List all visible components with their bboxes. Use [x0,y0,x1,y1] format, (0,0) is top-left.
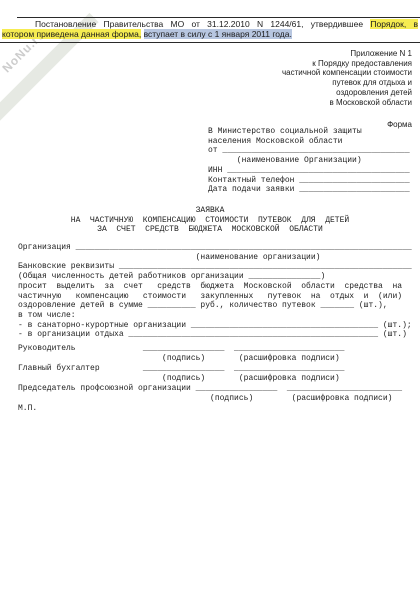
line-request-2: частичную компенсацию стоимости закуплен… [18,292,412,302]
appendix-line: частичной компенсации стоимости [282,68,412,78]
appendix-line: путевок для отдыха и [282,78,412,88]
title-line-1: ЗАЯВКА [0,206,420,216]
ministry-inn-field: ИНН ____________________________________… [208,166,410,176]
title-line-3: ЗА СЧЕТ СРЕДСТВ БЮДЖЕТА МОСКОВСКОЙ ОБЛАС… [0,225,420,235]
note-text: Постановление Правительства МО от 31.12.… [35,19,363,29]
ministry-phone-field: Контактный телефон _____________________… [208,176,410,186]
appendix-line: Приложение N 1 [282,49,412,59]
appendix-block: Приложение N 1 к Порядку предоставления … [282,49,412,130]
sig-accountant: Главный бухгалтер _________________ ____… [18,364,402,374]
line-organization-caption: (наименование организации) [18,253,412,263]
sig-captions-3: (подпись) (расшифровка подписи) [18,394,402,404]
note-line-1: Постановление Правительства МО от 31.12.… [2,19,418,29]
note-highlight-yellow-1: Порядок, в [370,19,418,29]
ministry-line: В Министерство социальной защиты [208,127,410,137]
header-bottom-rule [0,42,420,43]
header-top-rule [17,17,420,18]
ministry-address-block: В Министерство социальной защиты населен… [208,127,410,195]
sig-director: Руководитель _________________ _________… [18,344,402,354]
document-page: NoNu.ru Постановление Правительства МО о… [0,0,420,600]
appendix-line: к Порядку предоставления [282,59,412,69]
document-title: ЗАЯВКА НА ЧАСТИЧНУЮ КОМПЕНСАЦИЮ СТОИМОСТ… [0,206,420,235]
sig-captions-2: (подпись) (расшифровка подписи) [18,374,402,384]
line-request-3: оздоровление детей в сумме __________ ру… [18,301,412,311]
signatures-block: Руководитель _________________ _________… [18,344,402,414]
ministry-date-field: Дата подачи заявки _____________________… [208,185,410,195]
line-recreation: - в организации отдыха _________________… [18,330,412,340]
appendix-line: в Московской области [282,98,412,108]
sig-union-chair: Председатель профсоюзной организации ___… [18,384,402,394]
line-sanatorium: - в санаторно-курортные организации ____… [18,321,412,331]
line-including: в том числе: [18,311,412,321]
line-children-count: (Общая численность детей работников орга… [18,272,412,282]
sig-captions-1: (подпись) (расшифровка подписи) [18,354,402,364]
appendix-line: оздоровления детей [282,88,412,98]
line-bank-details: Банковские реквизиты ___________________… [18,262,412,272]
stamp-mp: М.П. [18,404,402,414]
ministry-line: населения Московской области [208,137,410,147]
line-organization: Организация ____________________________… [18,243,412,253]
note-highlight-yellow-2: котором приведена данная форма, [2,29,141,39]
line-request-1: просит выделить за счет средств бюджета … [18,282,412,292]
title-line-2: НА ЧАСТИЧНУЮ КОМПЕНСАЦИЮ СТОИМОСТИ ПУТЕВ… [0,216,420,226]
note-highlight-blue: вступает в силу с 1 января 2011 года. [144,29,292,39]
ministry-org-caption: (наименование Организации) [208,156,410,166]
note-line-2: котором приведена данная форма, вступает… [2,29,418,39]
form-body: Организация ____________________________… [18,243,412,340]
ministry-from-field: от _____________________________________… [208,146,410,156]
header-note: Постановление Правительства МО от 31.12.… [2,19,418,40]
